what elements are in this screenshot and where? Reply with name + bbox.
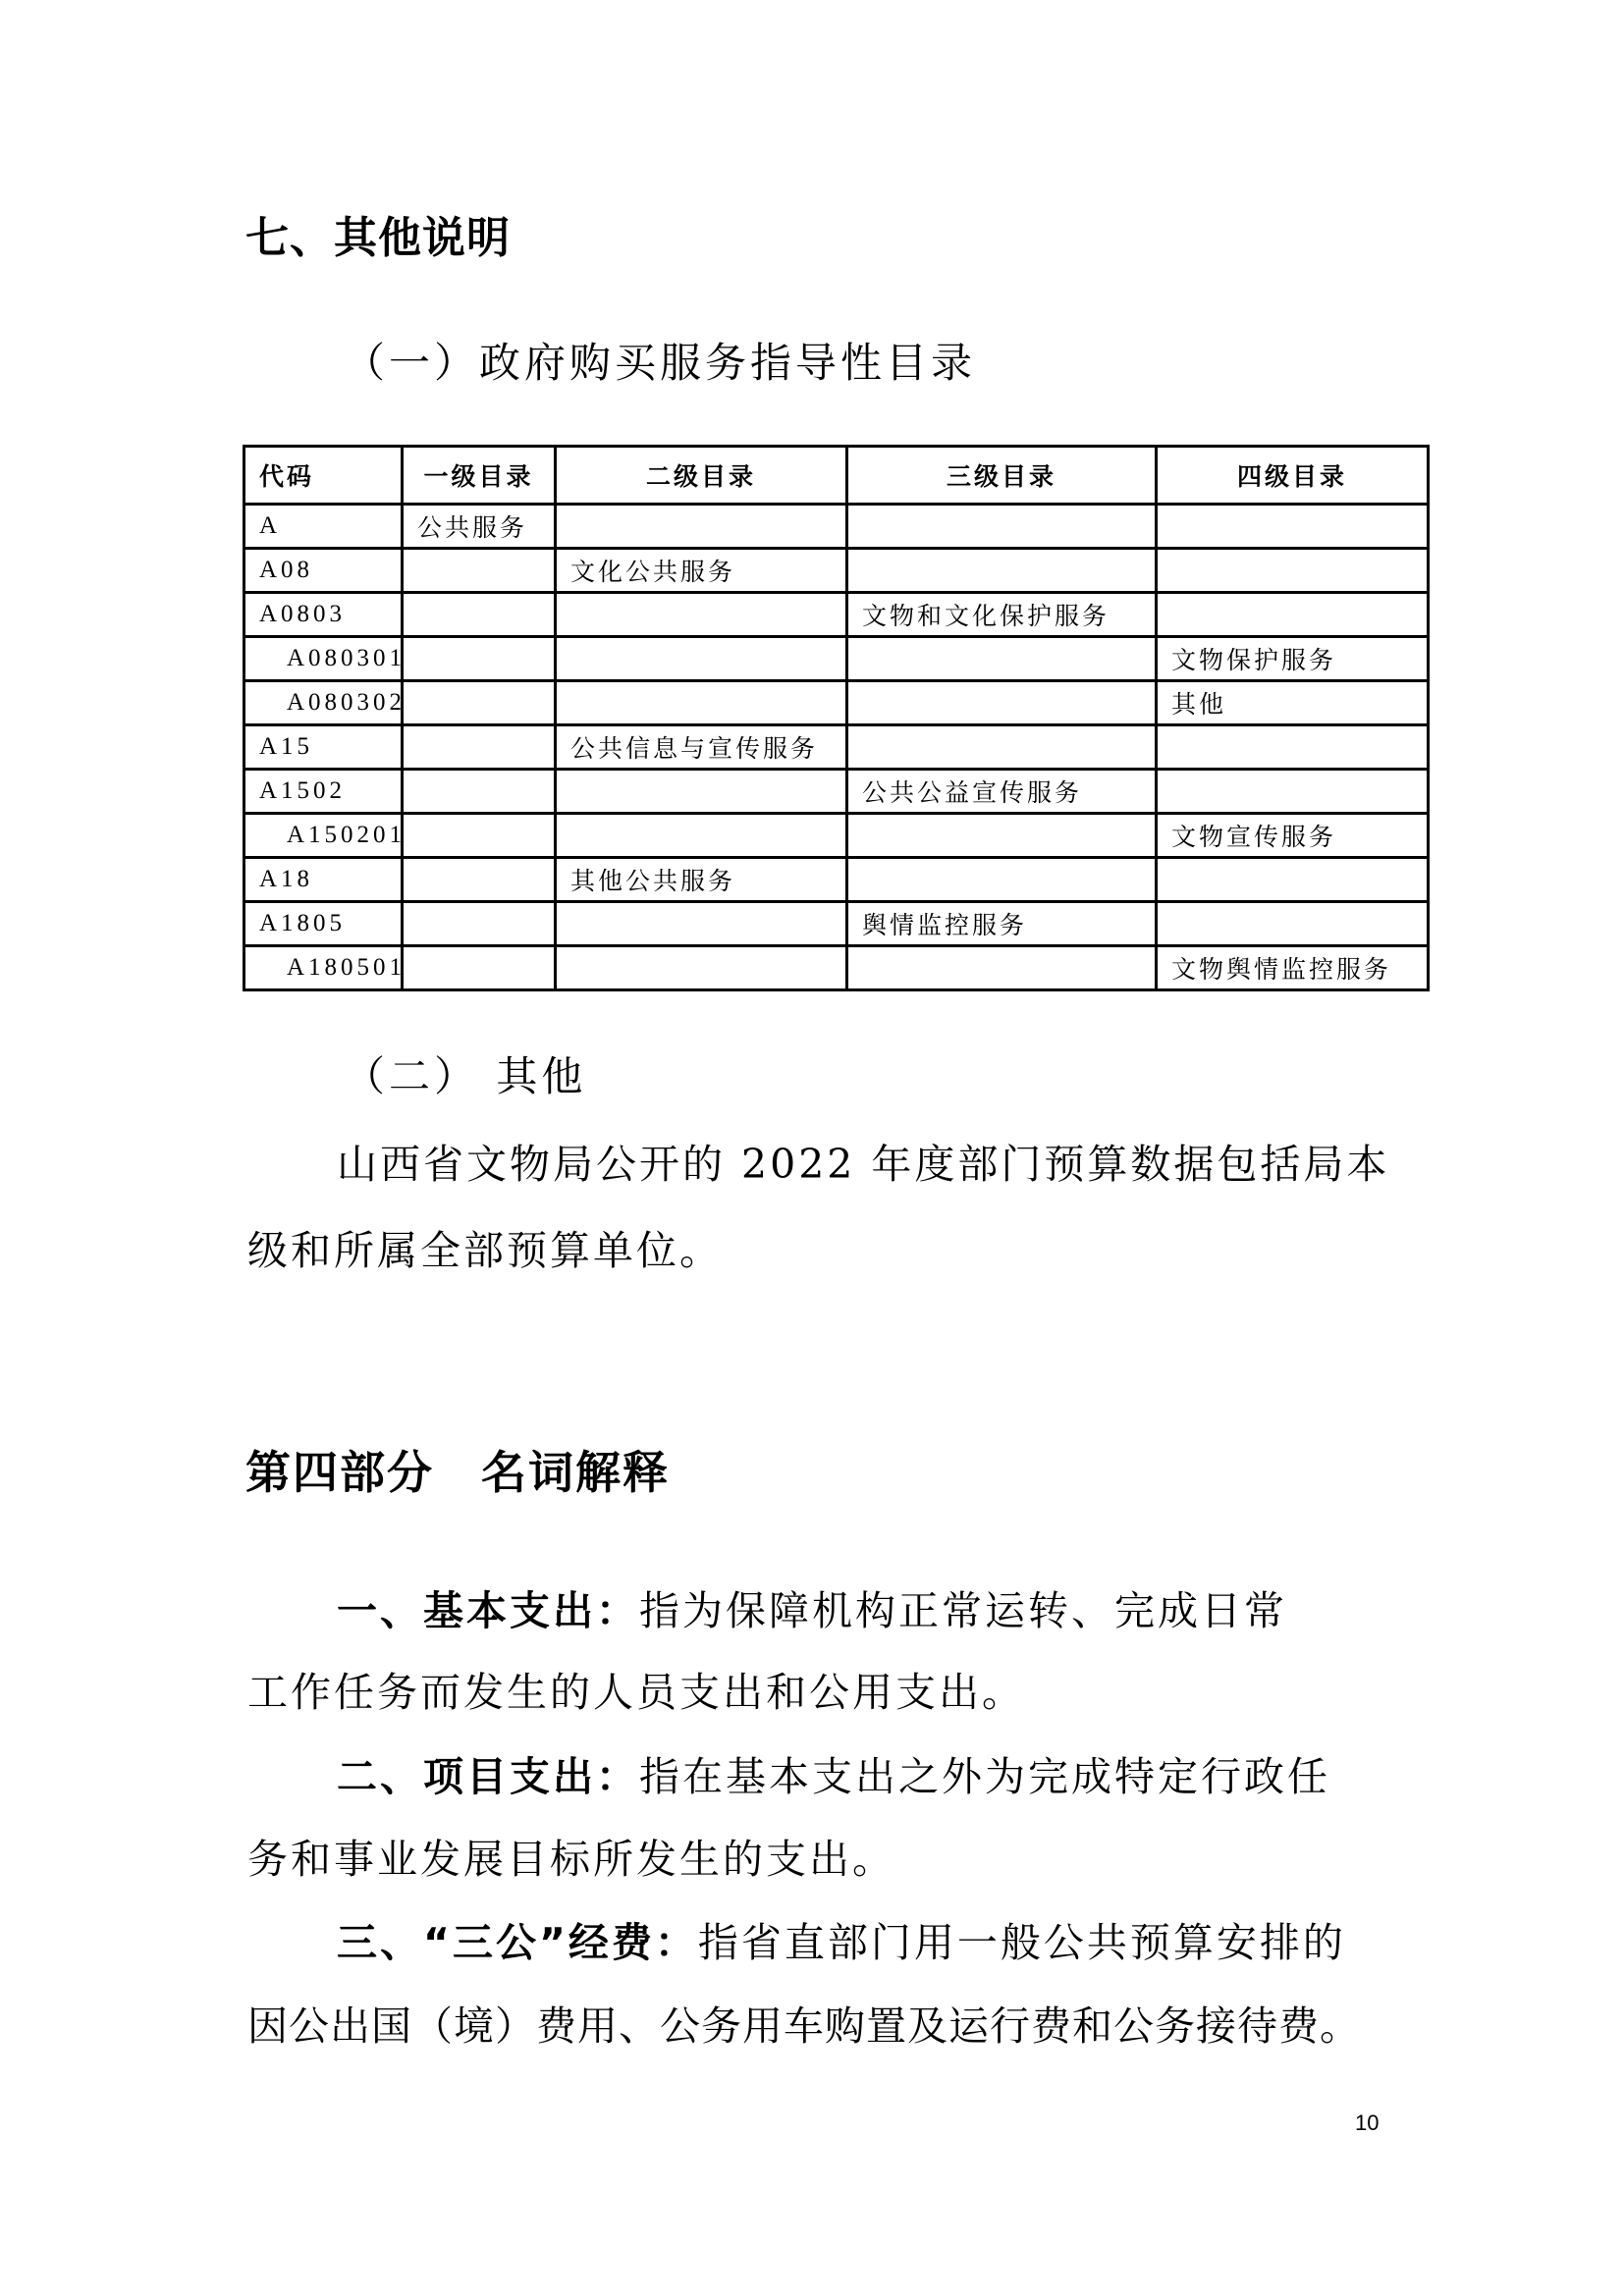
page-number: 10 — [1355, 2110, 1379, 2136]
cell-level1 — [403, 814, 556, 858]
document-page: 七、其他说明 （一）政府购买服务指导性目录 代码 一级目录 二级目录 三级目录 … — [0, 0, 1624, 2296]
cell-code: A — [244, 505, 403, 549]
cell-code: A15 — [244, 725, 403, 770]
cell-level3 — [847, 549, 1157, 593]
cell-level1 — [403, 681, 556, 725]
procurement-catalog-table: 代码 一级目录 二级目录 三级目录 四级目录 A公共服务A08文化公共服务A08… — [243, 445, 1430, 991]
definition-line: 务和事业发展目标所发生的支出。 — [247, 1836, 895, 1883]
cell-level4 — [1157, 858, 1429, 902]
subsection-title-other: （二） 其他 — [344, 1053, 586, 1100]
cell-level1 — [403, 770, 556, 814]
cell-level2 — [556, 770, 847, 814]
cell-level3: 舆情监控服务 — [847, 902, 1157, 946]
table-row: A150201文物宣传服务 — [244, 814, 1429, 858]
cell-code: A150201 — [244, 814, 403, 858]
definition-text: 指在基本支出之外为完成特定行政任 — [639, 1753, 1330, 1800]
definition-term: 一、基本支出： — [337, 1587, 639, 1634]
definition-three-public-expenses: 三、“三公”经费：指省直部门用一般公共预算安排的 — [337, 1919, 1346, 1966]
cell-code: A180501 — [244, 946, 403, 990]
table-row: A18其他公共服务 — [244, 858, 1429, 902]
cell-level4 — [1157, 505, 1429, 549]
table-row: A15公共信息与宣传服务 — [244, 725, 1429, 770]
cell-level4 — [1157, 593, 1429, 637]
table-row: A180501文物舆情监控服务 — [244, 946, 1429, 990]
table-body: A公共服务A08文化公共服务A0803文物和文化保护服务A080301文物保护服… — [244, 505, 1429, 990]
cell-code: A1805 — [244, 902, 403, 946]
cell-level4 — [1157, 725, 1429, 770]
cell-level1: 公共服务 — [403, 505, 556, 549]
table-row: A0803文物和文化保护服务 — [244, 593, 1429, 637]
paragraph-line: 山西省文物局公开的 2022 年度部门预算数据包括局本 — [337, 1141, 1389, 1188]
definition-basic-expenditure: 一、基本支出：指为保障机构正常运转、完成日常 — [337, 1587, 1287, 1634]
table-row: A1502公共公益宣传服务 — [244, 770, 1429, 814]
part-heading: 第四部分 名词解释 — [245, 1449, 670, 1496]
table-row: A080301文物保护服务 — [244, 637, 1429, 681]
section-heading: 七、其他说明 — [245, 215, 511, 262]
table-row: A公共服务 — [244, 505, 1429, 549]
table-row: A1805舆情监控服务 — [244, 902, 1429, 946]
definition-term: 三、“三公”经费： — [337, 1919, 698, 1966]
cell-level4: 文物舆情监控服务 — [1157, 946, 1429, 990]
cell-level3 — [847, 946, 1157, 990]
cell-level1 — [403, 725, 556, 770]
cell-level2 — [556, 637, 847, 681]
definition-line: 因公出国（境）费用、公务用车购置及运行费和公务接待费。 — [247, 2002, 1361, 2050]
column-header-level2: 二级目录 — [556, 447, 847, 505]
cell-level2: 其他公共服务 — [556, 858, 847, 902]
table-row: A080302其他 — [244, 681, 1429, 725]
cell-code: A080302 — [244, 681, 403, 725]
definition-line: 工作任务而发生的人员支出和公用支出。 — [247, 1669, 1025, 1716]
definition-term: 二、项目支出： — [337, 1753, 639, 1800]
column-header-level4: 四级目录 — [1157, 447, 1429, 505]
cell-level4: 其他 — [1157, 681, 1429, 725]
subsection-title-procurement-catalog: （一）政府购买服务指导性目录 — [344, 340, 976, 387]
cell-level2 — [556, 681, 847, 725]
cell-level1 — [403, 946, 556, 990]
cell-level3 — [847, 814, 1157, 858]
cell-level2: 公共信息与宣传服务 — [556, 725, 847, 770]
column-header-code: 代码 — [244, 447, 403, 505]
definition-text: 指省直部门用一般公共预算安排的 — [698, 1919, 1346, 1966]
cell-level3 — [847, 681, 1157, 725]
cell-level1 — [403, 858, 556, 902]
cell-level3: 公共公益宣传服务 — [847, 770, 1157, 814]
table-header-row: 代码 一级目录 二级目录 三级目录 四级目录 — [244, 447, 1429, 505]
cell-code: A080301 — [244, 637, 403, 681]
definition-project-expenditure: 二、项目支出：指在基本支出之外为完成特定行政任 — [337, 1753, 1330, 1800]
cell-level4: 文物保护服务 — [1157, 637, 1429, 681]
cell-code: A0803 — [244, 593, 403, 637]
table-row: A08文化公共服务 — [244, 549, 1429, 593]
cell-level1 — [403, 549, 556, 593]
cell-level1 — [403, 637, 556, 681]
cell-level2 — [556, 902, 847, 946]
cell-level3 — [847, 858, 1157, 902]
cell-level2 — [556, 593, 847, 637]
cell-level2 — [556, 946, 847, 990]
cell-level3 — [847, 637, 1157, 681]
cell-code: A18 — [244, 858, 403, 902]
definition-text: 指为保障机构正常运转、完成日常 — [639, 1587, 1287, 1634]
cell-level2: 文化公共服务 — [556, 549, 847, 593]
cell-level4 — [1157, 770, 1429, 814]
paragraph-line: 级和所属全部预算单位。 — [247, 1227, 723, 1274]
cell-level2 — [556, 505, 847, 549]
column-header-level3: 三级目录 — [847, 447, 1157, 505]
cell-code: A1502 — [244, 770, 403, 814]
cell-level4: 文物宣传服务 — [1157, 814, 1429, 858]
column-header-level1: 一级目录 — [403, 447, 556, 505]
cell-level3 — [847, 505, 1157, 549]
cell-level4 — [1157, 902, 1429, 946]
cell-level3: 文物和文化保护服务 — [847, 593, 1157, 637]
cell-level1 — [403, 902, 556, 946]
cell-level3 — [847, 725, 1157, 770]
cell-level4 — [1157, 549, 1429, 593]
cell-level2 — [556, 814, 847, 858]
cell-level1 — [403, 593, 556, 637]
cell-code: A08 — [244, 549, 403, 593]
